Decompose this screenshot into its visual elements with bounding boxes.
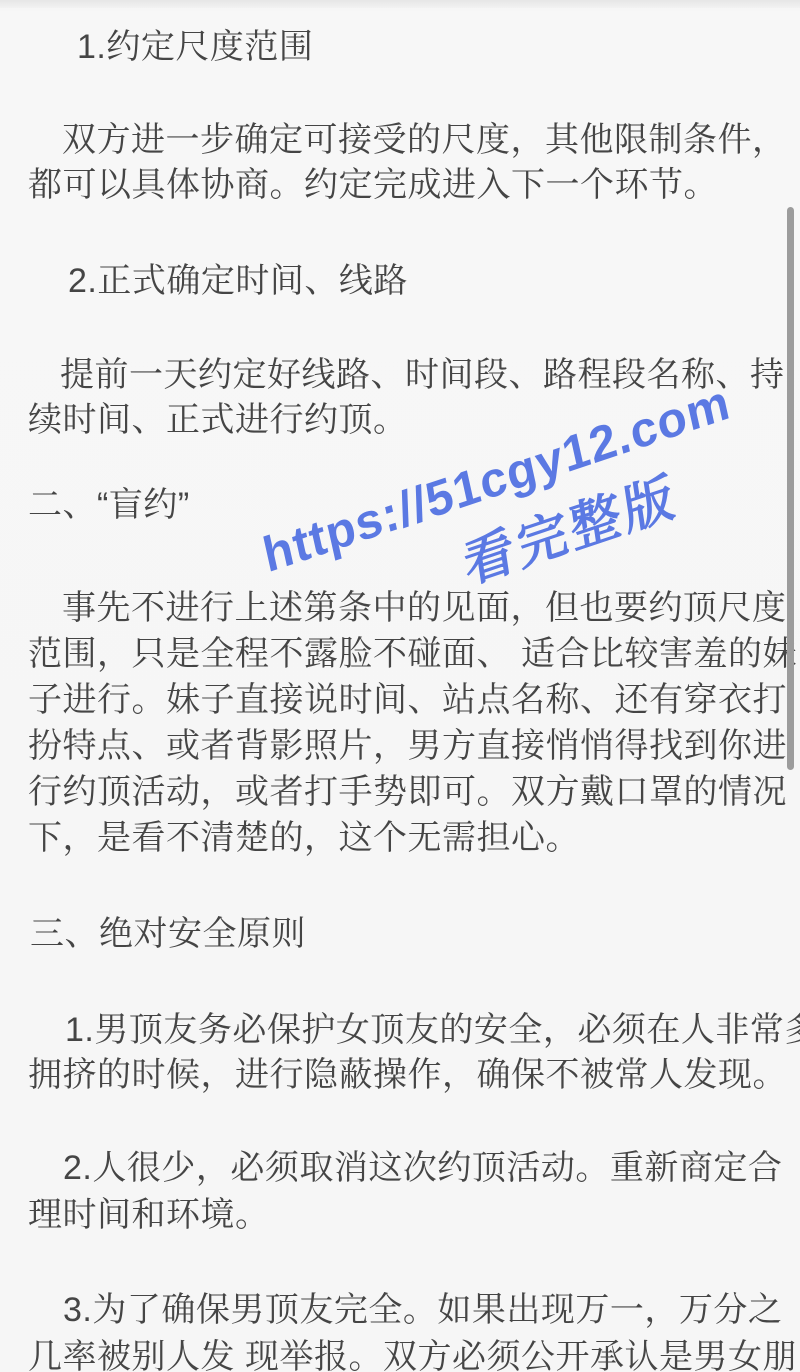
section-3-line: 事先不进行上述第条中的见面，但也要约顶尺度 <box>62 588 787 628</box>
section-1-line: 都可以具体协商。约定完成进入下一个环节。 <box>28 165 718 205</box>
section-4-line: 1.男顶友务必保护女顶友的安全，必须在人非常多 <box>65 1010 800 1050</box>
section-1-heading: 1.约定尺度范围 <box>77 27 313 67</box>
scrollbar-thumb[interactable] <box>787 207 794 770</box>
section-4-line: 拥挤的时候，进行隐蔽操作，确保不被常人发现。 <box>28 1055 787 1095</box>
section-3-line: 行约顶活动，或者打手势即可。双方戴口罩的情况 <box>28 772 787 812</box>
section-4-heading: 三、绝对安全原则 <box>30 914 306 954</box>
section-1-line: 双方进一步确定可接受的尺度，其他限制条件， <box>62 120 787 160</box>
section-4-line: 理时间和环境。 <box>28 1195 270 1235</box>
section-3-line: 下，是看不清楚的，这个无需担心。 <box>28 818 580 858</box>
section-4-line: 3.为了确保男顶友完全。如果出现万一，万分之 <box>63 1290 782 1330</box>
section-3-line: 扮特点、或者背影照片，男方直接悄悄得找到你进 <box>28 726 787 766</box>
section-2-heading: 2.正式确定时间、线路 <box>68 261 408 301</box>
section-2-line: 提前一天约定好线路、时间段、路程段名称、持 <box>60 355 785 395</box>
watermark-caption-text: 看完整版 <box>458 405 800 598</box>
section-3-heading: 二、“盲约” <box>28 485 190 525</box>
section-3-line: 范围，只是全程不露脸不碰面、 适合比较害羞的妹 <box>28 634 797 674</box>
section-3-line: 子进行。妹子直接说时间、站点名称、还有穿衣打 <box>28 680 787 720</box>
section-4-line: 几率被别人发 现举报。双方必须公开承认是男女朋 <box>28 1337 797 1372</box>
top-edge-shade <box>0 0 800 8</box>
section-2-line: 续时间、正式进行约顶。 <box>28 400 408 440</box>
document-page: 1.约定尺度范围 双方进一步确定可接受的尺度，其他限制条件， 都可以具体协商。约… <box>0 0 800 1372</box>
section-4-line: 2.人很少，必须取消这次约顶活动。重新商定合 <box>63 1148 782 1188</box>
